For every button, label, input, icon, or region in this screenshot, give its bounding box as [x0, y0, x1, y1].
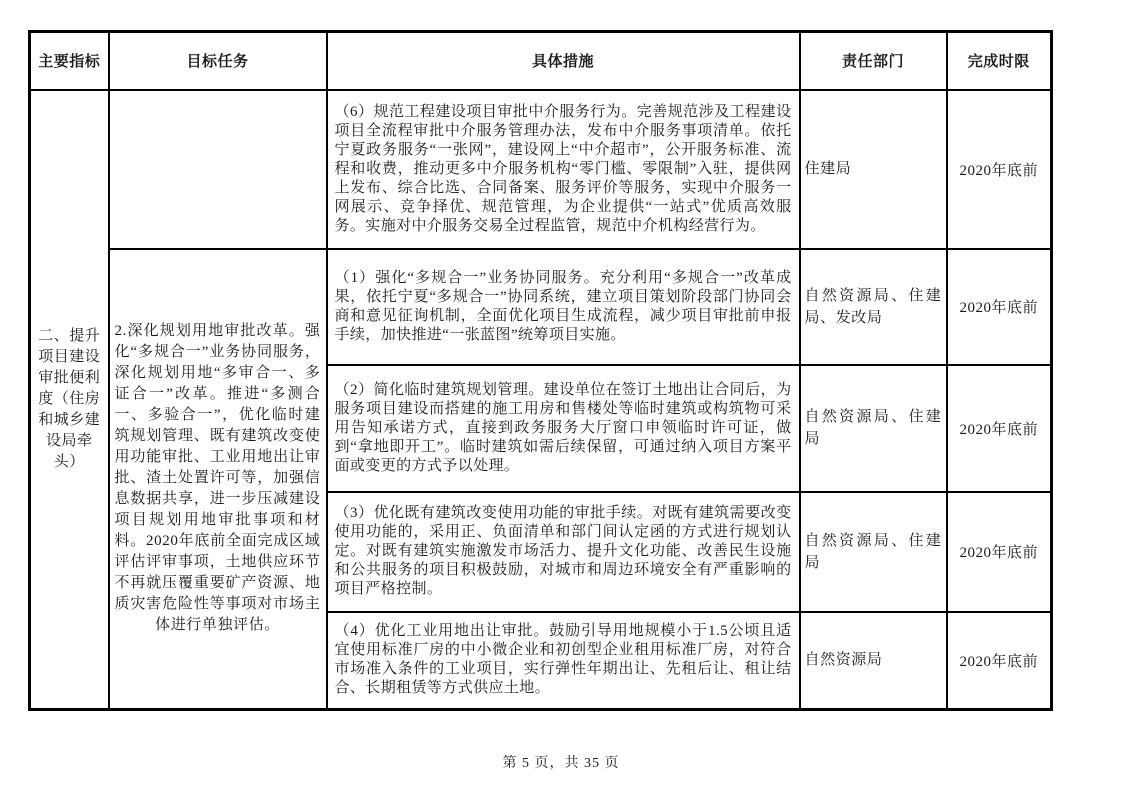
deadline-cell: 2020年底前	[947, 612, 1052, 710]
department-cell: 自然资源局、住建局	[800, 365, 947, 492]
header-specific-measures: 具体措施	[327, 32, 800, 90]
measure-cell: （3）优化既有建筑改变使用功能的审批手续。对既有建筑需要改变使用功能的，采用正、…	[327, 492, 800, 612]
measure-cell: （4）优化工业用地出让审批。鼓励引导用地规模小于1.5公顷且适宜使用标准厂房的中…	[327, 612, 800, 710]
department-cell: 自然资源局、住建局	[800, 492, 947, 612]
header-responsible-department: 责任部门	[800, 32, 947, 90]
task-cell-empty	[109, 90, 327, 249]
department-cell: 住建局	[800, 90, 947, 249]
table-row: 二、提升项目建设审批便利度（住房和城乡建设局牵头） （6）规范工程建设项目审批中…	[30, 90, 1052, 249]
measure-cell: （2）简化临时建筑规划管理。建设单位在签订土地出让合同后，为服务项目建设而搭建的…	[327, 365, 800, 492]
header-target-task: 目标任务	[109, 32, 327, 90]
indicator-cell: 二、提升项目建设审批便利度（住房和城乡建设局牵头）	[30, 90, 109, 710]
page-number: 第 5 页，共 35 页	[0, 752, 1122, 772]
deadline-cell: 2020年底前	[947, 492, 1052, 612]
task-cell: 2.深化规划用地审批改革。强化“多规合一”业务协同服务，深化规划用地“多审合一、…	[109, 249, 327, 710]
header-completion-deadline: 完成时限	[947, 32, 1052, 90]
deadline-cell: 2020年底前	[947, 249, 1052, 365]
measures-table: 主要指标 目标任务 具体措施 责任部门 完成时限 二、提升项目建设审批便利度（住…	[28, 30, 1053, 711]
department-cell: 自然资源局、住建局、发改局	[800, 249, 947, 365]
table-row: 2.深化规划用地审批改革。强化“多规合一”业务协同服务，深化规划用地“多审合一、…	[30, 249, 1052, 365]
header-row: 主要指标 目标任务 具体措施 责任部门 完成时限	[30, 32, 1052, 90]
document-page: 主要指标 目标任务 具体措施 责任部门 完成时限 二、提升项目建设审批便利度（住…	[0, 0, 1122, 793]
deadline-cell: 2020年底前	[947, 90, 1052, 249]
measure-cell: （1）强化“多规合一”业务协同服务。充分利用“多规合一”改革成果，依托宁夏“多规…	[327, 249, 800, 365]
measure-cell: （6）规范工程建设项目审批中介服务行为。完善规范涉及工程建设项目全流程审批中介服…	[327, 90, 800, 249]
department-cell: 自然资源局	[800, 612, 947, 710]
header-main-indicator: 主要指标	[30, 32, 109, 90]
deadline-cell: 2020年底前	[947, 365, 1052, 492]
